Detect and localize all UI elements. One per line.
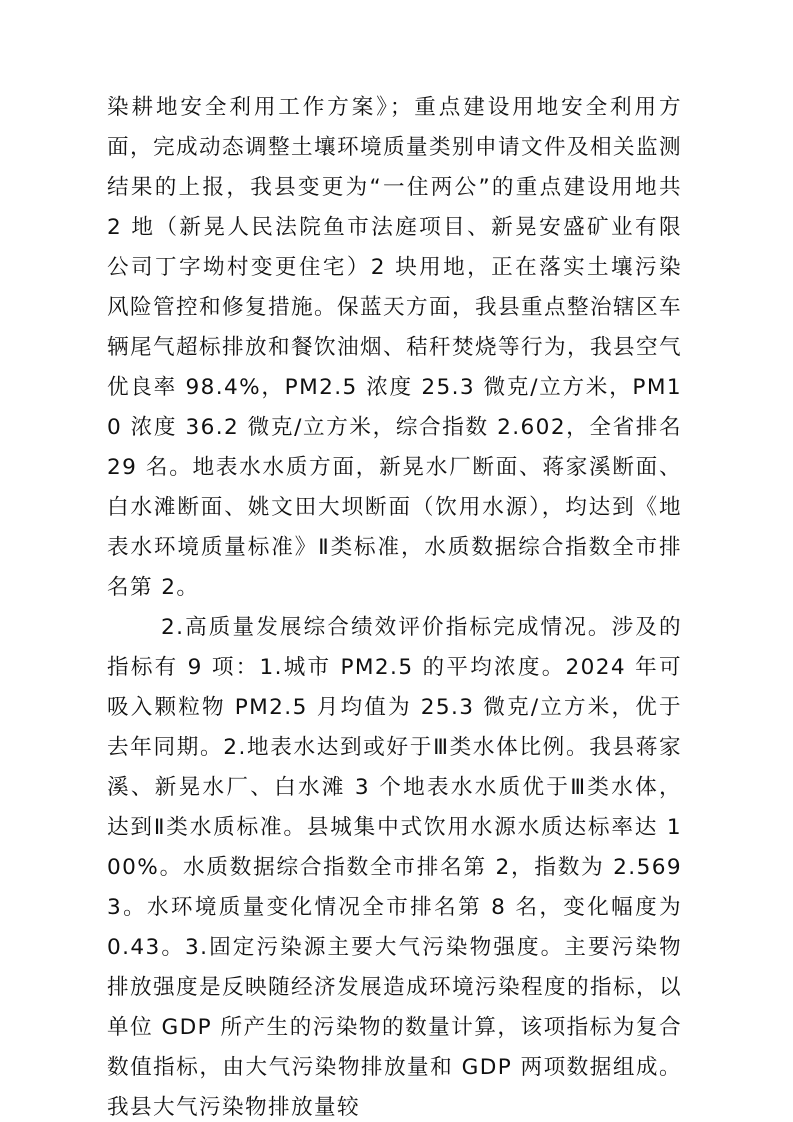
body-paragraph-1: 染耕地安全利用工作方案》；重点建设用地安全利用方面，完成动态调整土壤环境质量类别… [107,88,682,608]
document-page: 染耕地安全利用工作方案》；重点建设用地安全利用方面，完成动态调整土壤环境质量类别… [107,88,682,1122]
body-paragraph-2: 2.高质量发展综合绩效评价指标完成情况。涉及的指标有 9 项：1.城市 PM2.… [107,608,682,1122]
